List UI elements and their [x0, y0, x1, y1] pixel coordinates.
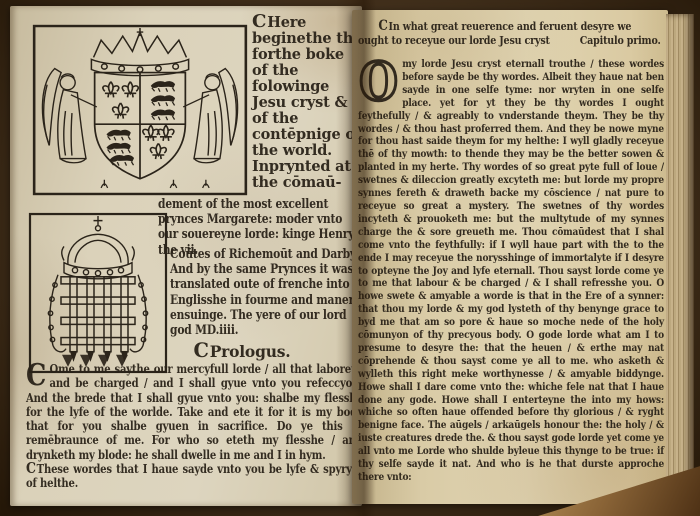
- left-page: CHere beginethe the forthe boke of the f…: [10, 6, 362, 506]
- chapter-drop-cap: O: [358, 60, 399, 105]
- capitulum-mark: C: [26, 460, 37, 477]
- chapter-body: Omy lorde Jesu cryst eternall trouthe / …: [358, 58, 664, 484]
- portcullis-crown-icon: [62, 216, 135, 279]
- crown-icon: [91, 28, 188, 76]
- chapter-header: CIn what great reuerence and feruent des…: [358, 19, 662, 48]
- prologus-heading: CPrologus.: [130, 339, 354, 362]
- capitulum-mark: C: [378, 18, 388, 34]
- book-photo: CHere beginethe the forthe boke of the f…: [0, 0, 700, 516]
- prologue-block: COme to me saythe our mercyfull lorde / …: [26, 362, 362, 491]
- capitulum-mark: C: [252, 11, 267, 32]
- fore-edge-pages: [666, 14, 694, 500]
- incipit-column2: Coūtes of Richemoūt and Darby And by the…: [170, 246, 362, 337]
- angel-supporter-left-icon: [42, 69, 96, 163]
- prologue-close: CThese wordes that I haue sayde vnto you…: [26, 462, 362, 491]
- incipit-column: CHere beginethe the forthe boke of the f…: [252, 14, 362, 191]
- right-page: CIn what great reuerence and feruent des…: [352, 10, 668, 504]
- prologue-drop-cap: C: [26, 362, 50, 389]
- prologus-heading-text: Prologus.: [210, 342, 291, 361]
- chapter-label: Capitulo primo.: [580, 33, 661, 47]
- prologue-close-text: These wordes that I haue sayde vnto you …: [26, 462, 362, 490]
- portcullis-grid-icon: [61, 277, 135, 352]
- chapter-body-text: my lorde Jesu cryst eternall trouthe / t…: [358, 58, 664, 483]
- angel-supporter-right-icon: [183, 69, 237, 163]
- grass-tuft-icon: [101, 180, 209, 188]
- royal-arms-woodcut: [32, 24, 248, 196]
- incipit-column-text: Here beginethe the forthe boke of the fo…: [252, 14, 362, 191]
- capitulum-mark: C: [193, 339, 209, 362]
- prologue-paragraph: COme to me saythe our mercyfull lorde / …: [26, 362, 362, 462]
- prologue-text: Ome to me saythe our mercyfull lorde / a…: [26, 362, 362, 462]
